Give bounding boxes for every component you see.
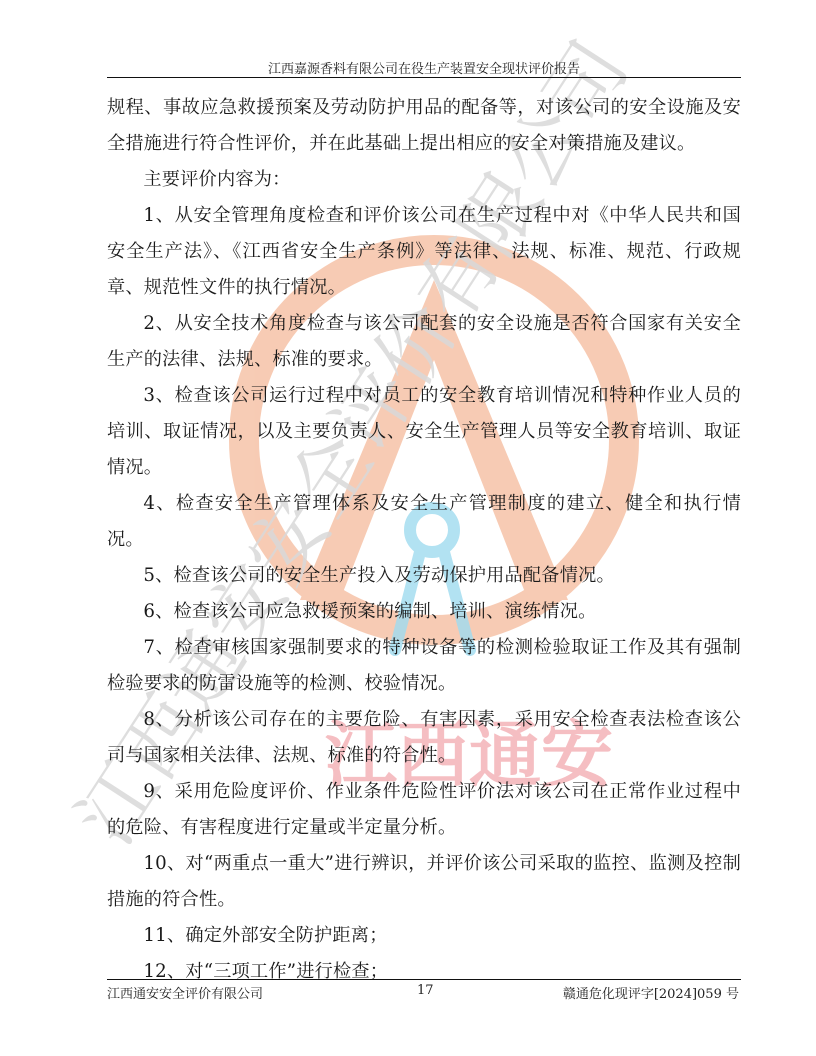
paragraph: 规程、事故应急救援预案及劳动防护用品的配备等，对该公司的安全设施及安全措施进行符… xyxy=(107,90,741,162)
header-divider xyxy=(107,77,741,78)
paragraph: 主要评价内容为： xyxy=(107,162,741,198)
list-item: 10、对“两重点一重大”进行辨识，并评价该公司采取的监控、监测及控制措施的符合性… xyxy=(107,846,741,918)
list-item: 7、检查审核国家强制要求的特种设备等的检测检验取证工作及其有强制检验要求的防雷设… xyxy=(107,630,741,702)
document-body: 规程、事故应急救援预案及劳动防护用品的配备等，对该公司的安全设施及安全措施进行符… xyxy=(107,90,741,990)
list-item: 5、检查该公司的安全生产投入及劳动保护用品配备情况。 xyxy=(107,558,741,594)
list-item: 11、确定外部安全防护距离； xyxy=(107,918,741,954)
list-item: 6、检查该公司应急救援预案的编制、培训、演练情况。 xyxy=(107,594,741,630)
list-item: 9、采用危险度评价、作业条件危险性评价法对该公司在正常作业过程中的危险、有害程度… xyxy=(107,774,741,846)
list-item: 8、分析该公司存在的主要危险、有害因素，采用安全检查表法检查该公司与国家相关法律… xyxy=(107,702,741,774)
page-header: 江西嘉源香料有限公司在役生产装置安全现状评价报告 xyxy=(107,58,741,77)
list-item: 3、检查该公司运行过程中对员工的安全教育培训情况和特种作业人员的培训、取证情况，… xyxy=(107,378,741,486)
list-item: 12、对“三项工作”进行检查； xyxy=(107,954,741,990)
list-item: 4、检查安全生产管理体系及安全生产管理制度的建立、健全和执行情况。 xyxy=(107,486,741,558)
list-item: 2、从安全技术角度检查与该公司配套的安全设施是否符合国家有关安全生产的法律、法规… xyxy=(107,306,741,378)
list-item: 1、从安全管理角度检查和评价该公司在生产过程中对《中华人民共和国安全生产法》、《… xyxy=(107,198,741,306)
